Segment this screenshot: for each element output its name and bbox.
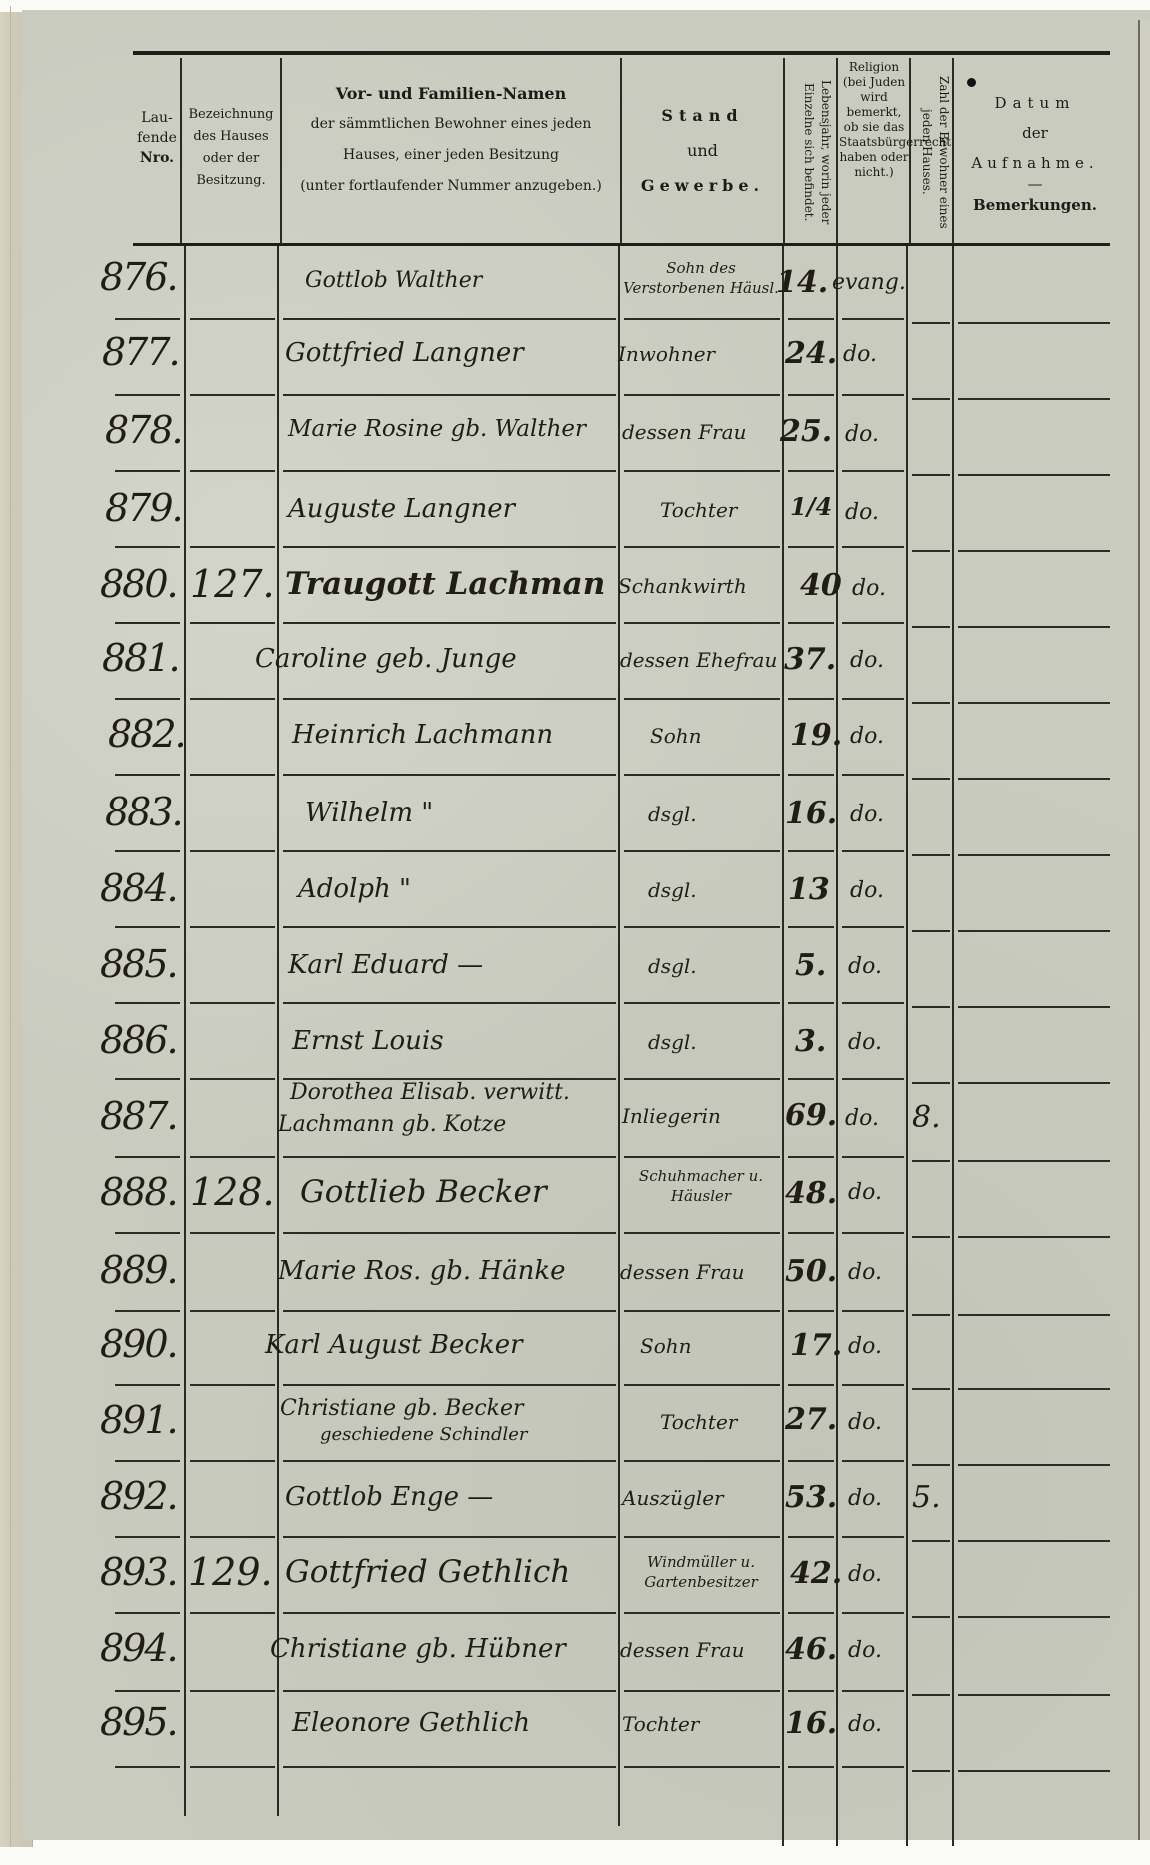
religion: do. [848,1486,882,1511]
row-separator [624,1310,780,1312]
resident-name: Gottlob Walther [305,268,482,293]
row-separator [624,1232,780,1234]
row-separator [912,322,950,324]
row-separator [190,470,275,472]
row-separator [190,1612,275,1614]
row-separator [190,1460,275,1462]
row-separator [283,1310,616,1312]
running-number: 878. [105,408,182,452]
resident-name: Gottfried Gethlich [285,1554,570,1590]
row-separator [190,774,275,776]
row-separator [958,1314,1110,1316]
row-separator [842,698,904,700]
running-number: 888. [100,1170,177,1214]
occupation: Sohn [640,1334,692,1358]
occupation: Sohn [650,724,702,748]
occupation: dsgl. [648,878,697,902]
age: 17. [790,1328,842,1363]
row-separator [283,698,616,700]
age: 69. [785,1098,837,1133]
religion: do. [848,1334,882,1359]
row-separator [842,622,904,624]
row-separator [283,622,616,624]
row-separator [283,774,616,776]
row-separator [912,702,950,704]
row-separator [958,322,1110,324]
running-number: 882. [108,712,185,756]
row-separator [788,850,834,852]
row-separator [283,1536,616,1538]
row-separator [842,1310,904,1312]
row-separator [912,778,950,780]
row-separator [842,1232,904,1234]
resident-name: Christiane gb. Hübner [270,1634,566,1664]
body-col-line-2 [277,246,279,1816]
religion: do. [845,500,879,525]
running-number: 893. [100,1550,177,1594]
running-number: 881. [102,636,179,680]
row-separator [283,470,616,472]
row-separator [115,1612,180,1614]
header-col-stand: Stand und Gewerbe. [622,98,783,203]
occupation: Sohn des Verstorbenen Häusl. [622,258,780,298]
row-separator [283,1384,616,1386]
row-separator [115,1384,180,1386]
body-col-line-5 [836,246,838,1846]
row-separator [624,546,780,548]
resident-name: Karl Eduard — [288,950,483,980]
religion: do. [848,1712,882,1737]
row-separator [115,926,180,928]
resident-name: Marie Ros. gb. Hänke [278,1256,566,1286]
row-separator [842,318,904,320]
header-col-age: Lebensjahr, worin jeder Einzelne sich be… [786,64,834,240]
row-separator [912,1006,950,1008]
row-separator [842,546,904,548]
resident-name: Caroline geb. Junge [255,644,517,674]
row-separator [788,1460,834,1462]
row-separator [958,474,1110,476]
row-separator [958,550,1110,552]
age: 1/4 [790,492,832,521]
row-separator [115,1766,180,1768]
row-separator [788,1384,834,1386]
religion: do. [848,1638,882,1663]
age: 16. [785,796,837,831]
row-separator [624,1536,780,1538]
row-separator [912,626,950,628]
religion: do. [848,954,882,979]
header-col-religion: Religion (bei Juden wird bemerkt, ob sie… [839,60,909,180]
row-separator [958,1236,1110,1238]
resident-name: Heinrich Lachmann [292,720,553,750]
col-divider-7 [952,58,954,244]
row-separator [115,546,180,548]
religion: do. [850,802,884,827]
occupation: Inliegerin [622,1104,721,1128]
age: 37. [784,642,836,677]
row-separator [912,1082,950,1084]
religion: evang. [832,270,906,295]
occupation: Schankwirth [618,574,747,598]
house-number: 128. [190,1170,275,1214]
header-col-date: Datum der Aufnahme. — Bemerkungen. [955,88,1115,220]
row-separator [190,926,275,928]
age: 50. [785,1254,837,1289]
resident-name: Christiane gb. Becker [280,1396,524,1421]
row-separator [958,1464,1110,1466]
row-separator [842,1690,904,1692]
row-separator [842,1612,904,1614]
row-separator [115,1310,180,1312]
running-number: 885. [100,942,177,986]
row-separator [788,1078,834,1080]
row-separator [842,1384,904,1386]
row-separator [624,1078,780,1080]
row-separator [624,1612,780,1614]
running-number: 886. [100,1018,177,1062]
row-separator [958,1388,1110,1390]
row-separator [788,1612,834,1614]
header-top-rule [133,51,1110,55]
row-separator [788,1232,834,1234]
col-divider-6 [909,58,911,244]
resident-name: Adolph " [298,874,411,904]
running-number: 884. [100,866,177,910]
age: 24. [785,336,837,371]
row-separator [912,1314,950,1316]
row-separator [912,1540,950,1542]
resident-name: Wilhelm " [305,798,433,828]
resident-name: Gottlob Enge — [285,1482,493,1512]
resident-name: Gottlieb Becker [300,1174,547,1210]
occupation: Windmüller u. Gartenbesitzer [622,1552,780,1592]
running-number: 887. [100,1094,177,1138]
row-separator [190,1310,275,1312]
resident-name: Ernst Louis [292,1026,444,1056]
row-separator [190,1536,275,1538]
row-separator [283,850,616,852]
occupation: Inwohner [618,342,715,366]
occupation: Tochter [660,1410,737,1434]
resident-name: Marie Rosine gb. Walther [288,416,586,442]
row-separator [958,1160,1110,1162]
resident-name: Eleonore Gethlich [292,1708,530,1738]
row-separator [115,1078,180,1080]
occupation: dessen Ehefrau [620,648,777,672]
row-separator [624,318,780,320]
row-separator [912,1464,950,1466]
row-separator [283,1460,616,1462]
resident-name: Karl August Becker [265,1330,523,1360]
resident-name-line2: Lachmann gb. Kotze [278,1112,506,1137]
row-separator [115,1690,180,1692]
row-separator [190,1002,275,1004]
running-number: 879. [105,486,182,530]
header-col-house: Bezeichnung des Hauses oder der Besitzun… [182,104,280,192]
row-separator [283,1232,616,1234]
row-separator [624,1002,780,1004]
row-separator [190,394,275,396]
row-separator [115,1460,180,1462]
age: 19. [790,718,842,753]
row-separator [958,1006,1110,1008]
body-col-line-6 [906,246,908,1846]
row-separator [842,1002,904,1004]
religion: do. [848,1180,882,1205]
row-separator [283,1156,616,1158]
religion: do. [843,342,877,367]
row-separator [912,474,950,476]
row-separator [283,1002,616,1004]
row-separator [190,1766,275,1768]
occupation: dsgl. [648,1030,697,1054]
row-separator [788,926,834,928]
resident-name: Dorothea Elisab. verwitt. [290,1080,570,1105]
row-separator [190,1156,275,1158]
row-separator [624,1384,780,1386]
running-number: 890. [100,1322,177,1366]
age: 27. [785,1402,837,1437]
row-separator [958,778,1110,780]
running-number: 894. [100,1626,177,1670]
religion: do. [848,1562,882,1587]
row-separator [958,1770,1110,1772]
row-separator [788,698,834,700]
row-separator [190,318,275,320]
age: 42. [790,1556,842,1591]
row-separator [115,850,180,852]
row-separator [283,926,616,928]
running-number: 876. [100,255,177,299]
household-count: 8. [912,1100,941,1135]
occupation: dessen Frau [620,1638,744,1662]
age: 16. [785,1706,837,1741]
house-number: 129. [188,1550,273,1594]
row-separator [788,774,834,776]
running-number: 895. [100,1700,177,1744]
occupation: Schuhmacher u. Häusler [622,1166,780,1206]
body-col-line-7 [952,246,954,1846]
row-separator [958,1616,1110,1618]
row-separator [912,930,950,932]
row-separator [624,1690,780,1692]
age: 48. [785,1176,837,1211]
row-separator [958,854,1110,856]
row-separator [115,1536,180,1538]
row-separator [842,926,904,928]
row-separator [115,1156,180,1158]
row-separator [283,1766,616,1768]
row-separator [788,318,834,320]
resident-name: Auguste Langner [288,494,515,524]
row-separator [283,394,616,396]
household-count: 5. [912,1480,941,1515]
row-separator [842,850,904,852]
running-number: 883. [105,790,182,834]
row-separator [283,546,616,548]
row-separator [624,1460,780,1462]
row-separator [842,1156,904,1158]
body-col-line-3 [618,246,620,1826]
row-separator [958,398,1110,400]
row-separator [115,470,180,472]
row-separator [912,1160,950,1162]
religion: do. [845,1106,879,1131]
row-separator [283,1690,616,1692]
row-separator [624,850,780,852]
row-separator [190,698,275,700]
row-separator [842,1078,904,1080]
row-separator [624,1766,780,1768]
row-separator [624,698,780,700]
occupation: dsgl. [648,954,697,978]
row-separator [115,774,180,776]
row-separator [624,394,780,396]
row-separator [624,774,780,776]
religion: do. [845,422,879,447]
row-separator [958,930,1110,932]
occupation: dessen Frau [622,420,746,444]
row-separator [842,774,904,776]
row-separator [115,394,180,396]
col-divider-5 [836,58,838,244]
header-col-names: Vor- und Familien-Namen der sämmtlichen … [282,78,620,202]
occupation: dessen Frau [620,1260,744,1284]
row-separator [958,1540,1110,1542]
running-number: 889. [100,1248,177,1292]
occupation: Auszügler [622,1486,724,1510]
row-separator [842,1766,904,1768]
house-number: 127. [190,562,275,606]
row-separator [190,1384,275,1386]
row-separator [912,398,950,400]
row-separator [912,1616,950,1618]
running-number: 892. [100,1474,177,1518]
age: 46. [785,1632,837,1667]
header-col-nr: Lau- fende Nro. [134,108,180,168]
resident-name-line2: geschiedene Schindler [320,1424,528,1445]
row-separator [115,698,180,700]
row-separator [788,546,834,548]
row-separator [788,622,834,624]
row-separator [958,702,1110,704]
row-separator [190,1232,275,1234]
row-separator [788,394,834,396]
religion: do. [848,1260,882,1285]
religion: do. [852,576,886,601]
row-separator [788,1766,834,1768]
row-separator [115,1232,180,1234]
body-col-line-1 [184,246,186,1816]
age: 25. [780,414,832,449]
age: 53. [785,1480,837,1515]
occupation: dsgl. [648,802,697,826]
row-separator [958,626,1110,628]
row-separator [842,1460,904,1462]
religion: do. [850,648,884,673]
row-separator [190,850,275,852]
age: 40 [800,568,842,603]
row-separator [842,394,904,396]
row-separator [115,622,180,624]
religion: do. [850,724,884,749]
row-separator [958,1082,1110,1084]
row-separator [624,1156,780,1158]
age: 3. [795,1024,826,1059]
resident-name: Traugott Lachman [285,566,605,602]
row-separator [788,1002,834,1004]
row-separator [624,926,780,928]
row-separator [912,1388,950,1390]
row-separator [788,1156,834,1158]
row-separator [788,1536,834,1538]
row-separator [283,318,616,320]
row-separator [842,470,904,472]
row-separator [190,1078,275,1080]
row-separator [912,1694,950,1696]
occupation: Tochter [622,1712,699,1736]
row-separator [283,1612,616,1614]
row-separator [958,1694,1110,1696]
age: 13 [788,872,830,907]
row-separator [912,1770,950,1772]
binding-fold [1138,20,1150,1840]
row-separator [624,470,780,472]
running-number: 880. [100,562,177,606]
religion: do. [850,878,884,903]
occupation: Tochter [660,498,737,522]
row-separator [788,1690,834,1692]
resident-name: Gottfried Langner [285,338,524,368]
row-separator [912,550,950,552]
row-separator [788,1310,834,1312]
running-number: 891. [100,1398,177,1442]
row-separator [842,1536,904,1538]
age: 5. [795,948,826,983]
row-separator [190,1690,275,1692]
row-separator [912,854,950,856]
row-separator [190,546,275,548]
header-col-count: Zahl der Bewohner eines jeden Hauses. [912,64,952,240]
row-separator [912,1236,950,1238]
body-col-line-4 [782,246,784,1846]
running-number: 877. [102,330,179,374]
col-divider-4 [783,58,785,244]
religion: do. [848,1030,882,1055]
ink-dot [967,78,976,87]
age: 14. [776,265,828,300]
row-separator [624,622,780,624]
religion: do. [848,1410,882,1435]
row-separator [788,470,834,472]
row-separator [115,1002,180,1004]
row-separator [115,318,180,320]
row-separator [190,622,275,624]
